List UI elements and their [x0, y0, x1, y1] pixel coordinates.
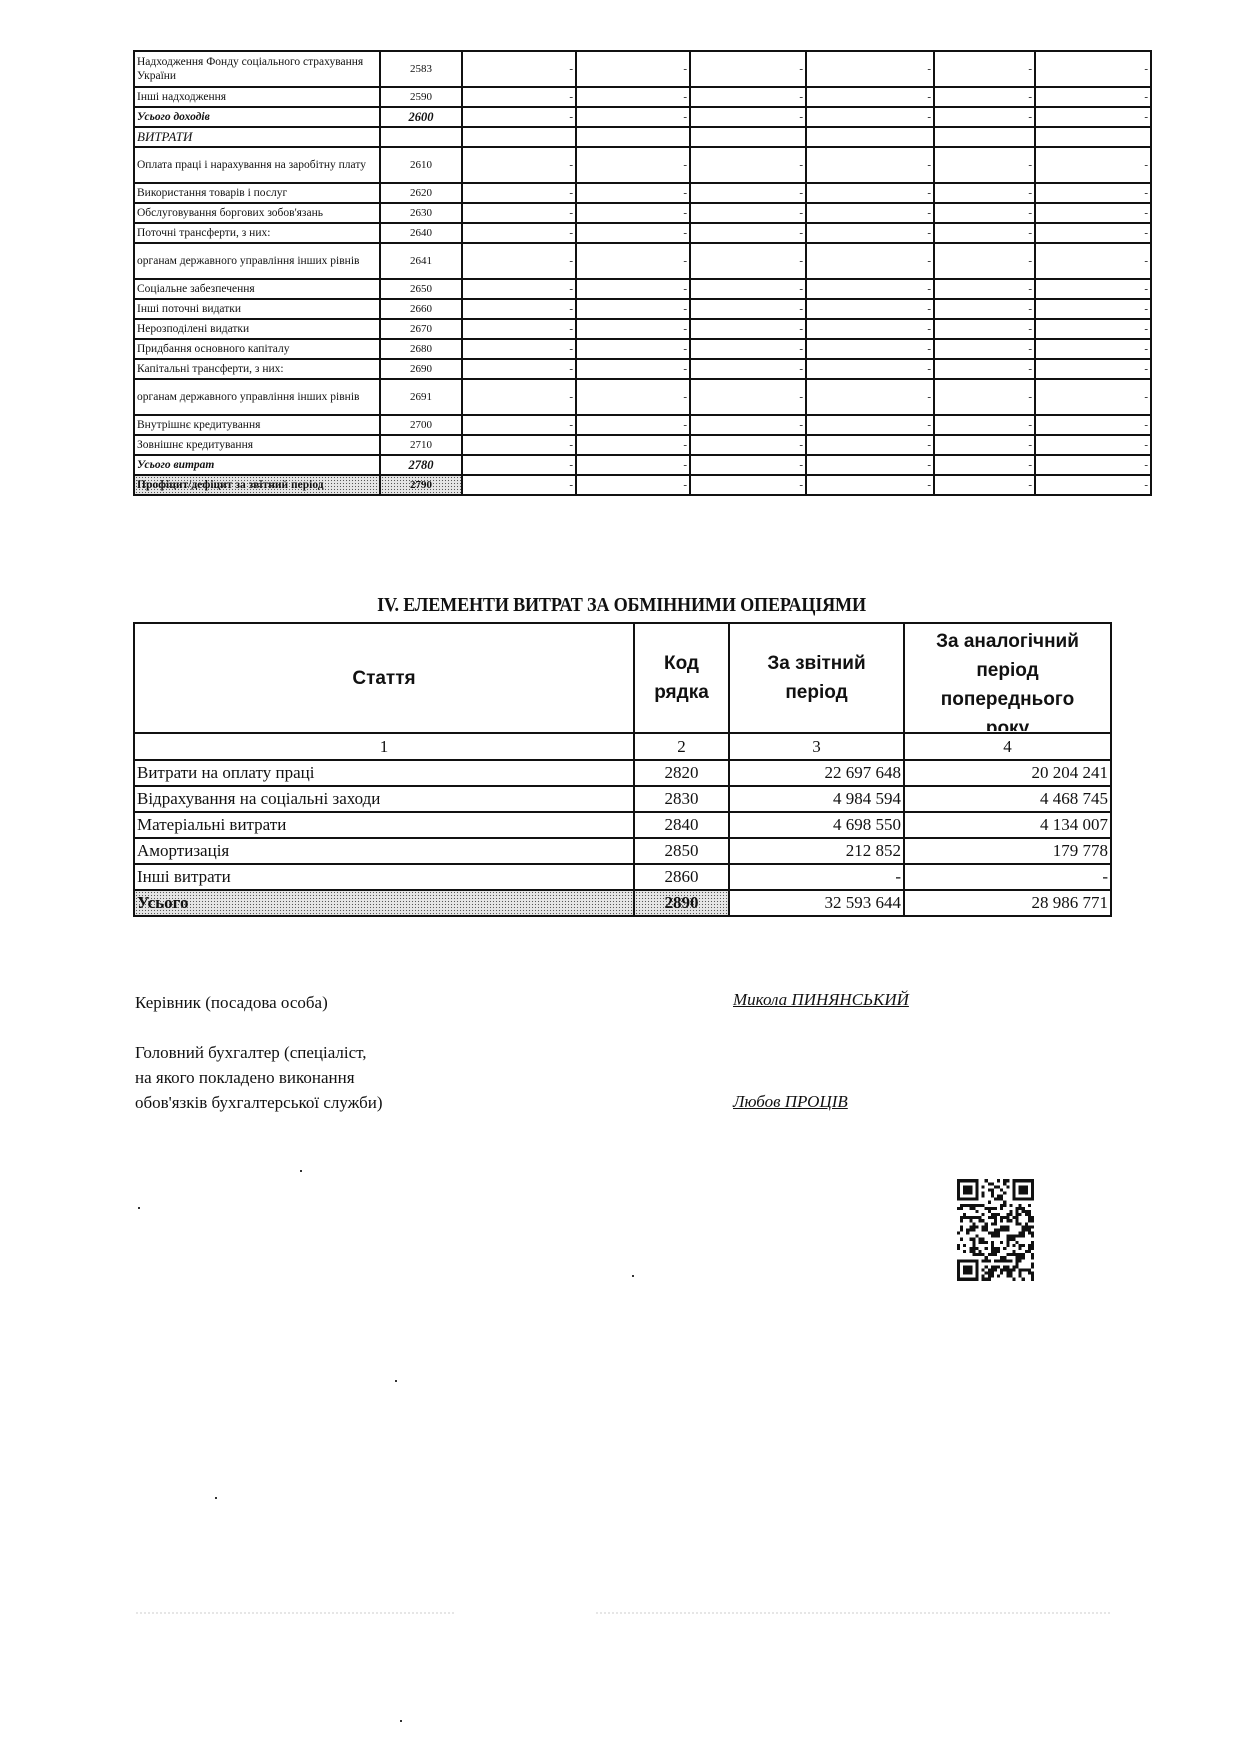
row-code: 2630 [380, 203, 462, 223]
table-row: Оплата праці і нарахування на заробітну … [134, 147, 1151, 183]
row-value: - [690, 51, 806, 87]
row-code: 2590 [380, 87, 462, 107]
row-value: - [690, 415, 806, 435]
row-value: - [1035, 87, 1151, 107]
row-value: - [690, 147, 806, 183]
row-item: Усього витрат [134, 455, 380, 475]
row-item: Придбання основного капіталу [134, 339, 380, 359]
row-value: - [934, 475, 1035, 495]
row-current: - [729, 864, 904, 890]
row-previous: 28 986 771 [904, 890, 1111, 916]
scan-noise [595, 1612, 1110, 1614]
row-value: - [806, 223, 934, 243]
row-value: - [462, 339, 576, 359]
row-value: - [934, 279, 1035, 299]
header-line: Код [637, 649, 726, 678]
table-row: Нерозподілені видатки2670------ [134, 319, 1151, 339]
header-previous: За аналогічний період попереднього року [904, 623, 1111, 733]
row-value: - [806, 51, 934, 87]
row-value: - [576, 319, 690, 339]
row-value: - [462, 299, 576, 319]
row-value: - [690, 435, 806, 455]
row-value: - [806, 87, 934, 107]
row-value: - [576, 223, 690, 243]
header-item: Стаття [134, 623, 634, 733]
row-code: 2830 [634, 786, 729, 812]
row-value: - [934, 435, 1035, 455]
row-value [1035, 127, 1151, 147]
row-value: - [576, 243, 690, 279]
row-value: - [462, 359, 576, 379]
table-row: Капітальні трансферти, з них:2690------ [134, 359, 1151, 379]
row-value: - [576, 415, 690, 435]
scan-speck [138, 1207, 140, 1209]
table-row: Відрахування на соціальні заходи28304 98… [134, 786, 1111, 812]
row-code: 2710 [380, 435, 462, 455]
table-row: Соціальне забезпечення2650------ [134, 279, 1151, 299]
total-row: Усього289032 593 64428 986 771 [134, 890, 1111, 916]
row-code [380, 127, 462, 147]
row-value: - [690, 87, 806, 107]
row-value: - [576, 455, 690, 475]
row-value: - [1035, 223, 1151, 243]
qr-code-icon [957, 1178, 1034, 1282]
row-value: - [690, 339, 806, 359]
header-line: рядка [637, 678, 726, 707]
row-value: - [462, 279, 576, 299]
row-code: 2860 [634, 864, 729, 890]
table-row: Усього витрат2780------ [134, 455, 1151, 475]
row-current: 212 852 [729, 838, 904, 864]
row-value [690, 127, 806, 147]
row-value: - [1035, 379, 1151, 415]
row-item: Обслуговування боргових зобов'язань [134, 203, 380, 223]
scan-noise [375, 1612, 455, 1614]
row-value: - [1035, 435, 1151, 455]
row-value [934, 127, 1035, 147]
row-value: - [806, 475, 934, 495]
row-value: - [806, 243, 934, 279]
row-item: Соціальне забезпечення [134, 279, 380, 299]
table-row: Поточні трансферти, з них:2640------ [134, 223, 1151, 243]
row-item: Використання товарів і послуг [134, 183, 380, 203]
row-value: - [934, 51, 1035, 87]
scan-speck [400, 1720, 402, 1722]
column-number: 4 [904, 733, 1111, 760]
row-previous: - [904, 864, 1111, 890]
row-value: - [934, 319, 1035, 339]
row-value: - [806, 339, 934, 359]
row-value: - [576, 339, 690, 359]
header-line: період [907, 656, 1108, 685]
row-item: Капітальні трансферти, з них: [134, 359, 380, 379]
row-value: - [576, 435, 690, 455]
row-value: - [1035, 243, 1151, 279]
header-code: Код рядка [634, 623, 729, 733]
row-value: - [806, 147, 934, 183]
row-code: 2680 [380, 339, 462, 359]
header-line: За звітний [732, 649, 901, 678]
accountant-name: Любов ПРОЦІВ [733, 1092, 848, 1112]
row-item: Інші витрати [134, 864, 634, 890]
row-item: Амортизація [134, 838, 634, 864]
row-current: 4 698 550 [729, 812, 904, 838]
row-code: 2660 [380, 299, 462, 319]
row-value: - [690, 279, 806, 299]
row-value: - [934, 379, 1035, 415]
row-value [462, 127, 576, 147]
row-value: - [462, 319, 576, 339]
row-code: 2840 [634, 812, 729, 838]
row-value: - [1035, 475, 1151, 495]
row-item: Усього доходів [134, 107, 380, 127]
row-value: - [1035, 455, 1151, 475]
row-value: - [806, 319, 934, 339]
accountant-label-line: на якого покладено виконання [135, 1065, 383, 1090]
row-value: - [806, 299, 934, 319]
row-item: Витрати на оплату праці [134, 760, 634, 786]
row-code: 2820 [634, 760, 729, 786]
row-value: - [806, 359, 934, 379]
row-value: - [690, 475, 806, 495]
row-value: - [576, 147, 690, 183]
row-item: Відрахування на соціальні заходи [134, 786, 634, 812]
row-item: Профіцит/дефіцит за звітний період [134, 475, 380, 495]
row-value: - [806, 183, 934, 203]
row-value: - [690, 243, 806, 279]
row-value: - [576, 279, 690, 299]
row-current: 22 697 648 [729, 760, 904, 786]
table-row: Витрати на оплату праці282022 697 64820 … [134, 760, 1111, 786]
row-code: 2780 [380, 455, 462, 475]
row-value: - [576, 203, 690, 223]
table-row: Надходження Фонду соціального страхуванн… [134, 51, 1151, 87]
row-value: - [576, 475, 690, 495]
row-value: - [690, 107, 806, 127]
row-value: - [1035, 107, 1151, 127]
row-value [576, 127, 690, 147]
accountant-label: Головний бухгалтер (спеціаліст, на якого… [135, 1040, 383, 1115]
row-value: - [462, 147, 576, 183]
row-item: органам державного управління інших рівн… [134, 379, 380, 415]
row-item: Внутрішнє кредитування [134, 415, 380, 435]
table-row: органам державного управління інших рівн… [134, 243, 1151, 279]
row-value: - [934, 243, 1035, 279]
row-value: - [934, 107, 1035, 127]
row-item: Нерозподілені видатки [134, 319, 380, 339]
header-line: За аналогічний [907, 627, 1108, 656]
accountant-label-line: Головний бухгалтер (спеціаліст, [135, 1040, 383, 1065]
row-value: - [806, 379, 934, 415]
row-code: 2790 [380, 475, 462, 495]
row-item: Зовнішнє кредитування [134, 435, 380, 455]
row-value: - [462, 223, 576, 243]
row-value: - [934, 299, 1035, 319]
row-value: - [462, 455, 576, 475]
row-value: - [934, 147, 1035, 183]
row-value: - [462, 183, 576, 203]
table-row: Придбання основного капіталу2680------ [134, 339, 1151, 359]
column-number: 2 [634, 733, 729, 760]
row-value: - [462, 107, 576, 127]
row-value: - [462, 379, 576, 415]
table-row: органам державного управління інших рівн… [134, 379, 1151, 415]
table-row: Внутрішнє кредитування2700------ [134, 415, 1151, 435]
row-item: ВИТРАТИ [134, 127, 380, 147]
column-number-row: 1 2 3 4 [134, 733, 1111, 760]
scan-speck [395, 1380, 397, 1382]
table-row: Інші поточні видатки2660------ [134, 299, 1151, 319]
row-value: - [1035, 183, 1151, 203]
row-value: - [462, 435, 576, 455]
row-current: 4 984 594 [729, 786, 904, 812]
expense-elements-table: Стаття Код рядка За звітний період За ан… [133, 622, 1112, 917]
row-item: Інші надходження [134, 87, 380, 107]
row-value: - [1035, 51, 1151, 87]
row-item: Оплата праці і нарахування на заробітну … [134, 147, 380, 183]
row-previous: 4 468 745 [904, 786, 1111, 812]
row-value: - [576, 107, 690, 127]
row-code: 2610 [380, 147, 462, 183]
row-item: Поточні трансферти, з них: [134, 223, 380, 243]
row-value: - [1035, 319, 1151, 339]
row-value: - [934, 415, 1035, 435]
table-row: Інші надходження2590------ [134, 87, 1151, 107]
table-row: Використання товарів і послуг2620------ [134, 183, 1151, 203]
row-value: - [690, 319, 806, 339]
row-value: - [1035, 299, 1151, 319]
row-value: - [462, 475, 576, 495]
table-row: Матеріальні витрати28404 698 5504 134 00… [134, 812, 1111, 838]
row-code: 2641 [380, 243, 462, 279]
table-row: Амортизація2850212 852179 778 [134, 838, 1111, 864]
row-code: 2691 [380, 379, 462, 415]
row-current: 32 593 644 [729, 890, 904, 916]
row-value: - [690, 455, 806, 475]
row-value: - [806, 203, 934, 223]
column-number: 3 [729, 733, 904, 760]
row-previous: 179 778 [904, 838, 1111, 864]
row-value: - [934, 359, 1035, 379]
row-value: - [576, 51, 690, 87]
table-row: Обслуговування боргових зобов'язань2630-… [134, 203, 1151, 223]
header-current: За звітний період [729, 623, 904, 733]
row-value: - [934, 223, 1035, 243]
row-code: 2620 [380, 183, 462, 203]
row-code: 2650 [380, 279, 462, 299]
row-value: - [576, 87, 690, 107]
row-value: - [1035, 359, 1151, 379]
header-line: року [907, 714, 1108, 731]
row-code: 2640 [380, 223, 462, 243]
row-value: - [806, 107, 934, 127]
table-header-row: Стаття Код рядка За звітний період За ан… [134, 623, 1111, 733]
row-value: - [690, 203, 806, 223]
row-value: - [934, 183, 1035, 203]
table-row: Профіцит/дефіцит за звітний період2790--… [134, 475, 1151, 495]
row-value: - [1035, 415, 1151, 435]
row-value: - [576, 183, 690, 203]
row-value: - [806, 415, 934, 435]
section-title: IV. ЕЛЕМЕНТИ ВИТРАТ ЗА ОБМІННИМИ ОПЕРАЦІ… [167, 595, 1076, 617]
row-value: - [462, 203, 576, 223]
row-value: - [934, 87, 1035, 107]
row-value: - [1035, 339, 1151, 359]
row-code: 2670 [380, 319, 462, 339]
row-value: - [462, 87, 576, 107]
row-value: - [690, 223, 806, 243]
row-value: - [462, 415, 576, 435]
row-value: - [1035, 279, 1151, 299]
row-value: - [576, 299, 690, 319]
row-code: 2583 [380, 51, 462, 87]
row-value: - [806, 279, 934, 299]
row-code: 2600 [380, 107, 462, 127]
row-item: Надходження Фонду соціального страхуванн… [134, 51, 380, 87]
row-value: - [462, 51, 576, 87]
row-item: органам державного управління інших рівн… [134, 243, 380, 279]
table-row: Усього доходів2600------ [134, 107, 1151, 127]
row-value: - [690, 183, 806, 203]
row-value: - [462, 243, 576, 279]
row-item: Матеріальні витрати [134, 812, 634, 838]
row-item: Інші поточні видатки [134, 299, 380, 319]
scan-speck [300, 1170, 302, 1172]
header-line: період [732, 678, 901, 707]
row-value: - [934, 339, 1035, 359]
column-number: 1 [134, 733, 634, 760]
row-value [806, 127, 934, 147]
row-value: - [1035, 203, 1151, 223]
row-value: - [690, 299, 806, 319]
row-value: - [1035, 147, 1151, 183]
table-row: Зовнішнє кредитування2710------ [134, 435, 1151, 455]
row-value: - [934, 455, 1035, 475]
row-code: 2700 [380, 415, 462, 435]
row-previous: 20 204 241 [904, 760, 1111, 786]
row-code: 2690 [380, 359, 462, 379]
table-row: Інші витрати2860-- [134, 864, 1111, 890]
header-line: попереднього [907, 685, 1108, 714]
row-previous: 4 134 007 [904, 812, 1111, 838]
row-value: - [690, 379, 806, 415]
revenue-expense-table: Надходження Фонду соціального страхуванн… [133, 50, 1152, 496]
row-value: - [576, 379, 690, 415]
scan-speck [215, 1497, 217, 1499]
head-name: Микола ПИНЯНСЬКИЙ [733, 990, 909, 1010]
row-item: Усього [134, 890, 634, 916]
table-row: ВИТРАТИ [134, 127, 1151, 147]
row-value: - [934, 203, 1035, 223]
row-value: - [806, 455, 934, 475]
row-value: - [576, 359, 690, 379]
row-code: 2850 [634, 838, 729, 864]
scan-speck [632, 1275, 634, 1277]
row-value: - [806, 435, 934, 455]
row-code: 2890 [634, 890, 729, 916]
row-value: - [690, 359, 806, 379]
head-label: Керівник (посадова особа) [135, 990, 328, 1015]
accountant-label-line: обов'язків бухгалтерської служби) [135, 1090, 383, 1115]
